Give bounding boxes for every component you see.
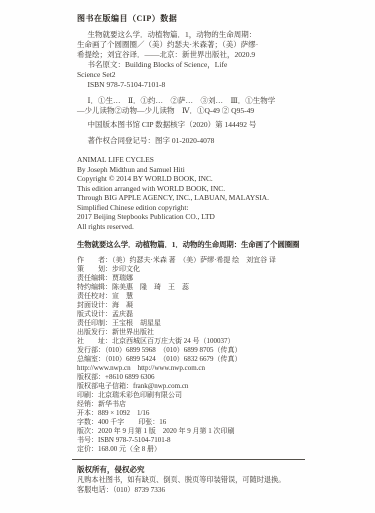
english-copyright-line: By Joseph Midthun and Samuel Hiti	[77, 165, 305, 175]
cip-record: 生物就要这么学．动植物篇．1，动物的生命周期：生命画了个圆圈圈／（美）约瑟夫·米…	[77, 30, 305, 60]
credit-row: 书号：ISBN 978-7-5104-7101-8	[77, 436, 305, 445]
cip-header: 图书在版编目（CIP）数据	[77, 14, 305, 24]
english-copyright-block: ANIMAL LIFE CYCLESBy Joseph Midthun and …	[77, 155, 305, 231]
credit-row: 特约编辑：陈美惠 隆 琦 王 蕊	[77, 283, 305, 292]
credit-row: 作 者：（美）约瑟夫·米森 著 （美）萨缪·希提 绘 刘宜谷 译	[77, 256, 305, 265]
classification-line: —少儿读物②动物—少儿读物 Ⅳ．①Q-49 ② Q95-49	[77, 106, 305, 116]
credit-row: 发行部：（010）6899 5968 （010）6899 8705（传真）	[77, 346, 305, 355]
english-copyright-line: All rights reserved.	[77, 222, 305, 232]
isbn-line: ISBN 978-7-5104-7101-8	[77, 80, 305, 90]
piracy-notice-title: 版权所有，侵权必究	[77, 465, 305, 475]
copyright-license-number: 著作权合同登记号：图字 01-2020-4078	[77, 136, 305, 146]
credit-row: 社 址：北京西城区百万庄大街 24 号（100037）	[77, 337, 305, 346]
return-policy-line: 凡购本社图书，如有缺页、倒页、脱页等印装错误，可随时退换。	[77, 475, 305, 485]
credit-row: 定价：168.00 元（全 8 册）	[77, 445, 305, 454]
credit-row: 版式设计：孟庆磊	[77, 310, 305, 319]
credit-row: 版次：2020 年 9 月第 1 版 2020 年 9 月第 1 次印刷	[77, 427, 305, 436]
scanned-copyright-page: 图书在版编目（CIP）数据 生物就要这么学．动植物篇．1，动物的生命周期：生命画…	[0, 0, 375, 513]
cip-record-line: 希提绘；刘宜谷译．——北京：新世界出版社，2020.9	[77, 50, 305, 60]
credit-row: 出版发行：新世界出版社	[77, 328, 305, 337]
credit-row: 开本：889 × 1092 1/16	[77, 409, 305, 418]
english-copyright-line: Through BIG APPLE AGENCY, INC., LABUAN, …	[77, 193, 305, 203]
credit-row: 责任校对：宣 慧	[77, 292, 305, 301]
english-copyright-line: Copyright © 2014 BY WORLD BOOK, INC.	[77, 174, 305, 184]
original-title-line: Science Set2	[77, 70, 305, 80]
credit-row: 策 划：步印文化	[77, 265, 305, 274]
english-copyright-line: 2017 Beijing Stepbooks Publication CO., …	[77, 212, 305, 222]
english-copyright-line: This edition arranged with WORLD BOOK, I…	[77, 184, 305, 194]
credits-list: 作 者：（美）约瑟夫·米森 著 （美）萨缪·希提 绘 刘宜谷 译策 划：步印文化…	[77, 256, 305, 454]
classification-line: Ⅰ．①生… Ⅱ．①约… ②萨… ③刘… Ⅲ．①生物学	[77, 96, 305, 106]
book-title: 生物就要这么学．动植物篇．1．动物的生命周期：生命画了个圆圈圈	[77, 239, 305, 250]
credit-row: 封面设计：海 凝	[77, 301, 305, 310]
original-title-line: 书名原文：Building Blocks of Science，Life	[77, 60, 305, 70]
credit-row: 责任印制：王宝根 胡星星	[77, 319, 305, 328]
cip-registry-number: 中国版本图书馆 CIP 数据核字（2020）第 144492 号	[77, 120, 305, 130]
english-copyright-line: Simplified Chinese edition copyright:	[77, 203, 305, 213]
credit-row: 版权部电子信箱：frank@nwp.com.cn	[77, 382, 305, 391]
credit-row: http://www.nwp.cn http://www.nwp.com.cn	[77, 364, 305, 373]
credit-row: 总编室：（010）6899 5424 （010）6832 6679（传真）	[77, 355, 305, 364]
credit-row: 责任编辑：贾瑞娜	[77, 274, 305, 283]
divider-rule	[72, 459, 305, 460]
cip-classification: Ⅰ．①生… Ⅱ．①约… ②萨… ③刘… Ⅲ．①生物学—少儿读物②动物—少儿读物 …	[77, 96, 305, 116]
credit-row: 经销：新华书店	[77, 400, 305, 409]
credit-row: 字数：400 千字 印张：16	[77, 418, 305, 427]
service-phone-line: 客服电话：（010）8739 7336	[77, 485, 305, 495]
original-title-block: 书名原文：Building Blocks of Science，LifeScie…	[77, 60, 305, 80]
cip-record-line: 生命画了个圆圈圈／（美）约瑟夫·米森著；（美）萨缪·	[77, 40, 305, 50]
english-copyright-line: ANIMAL LIFE CYCLES	[77, 155, 305, 165]
cip-record-line: 生物就要这么学．动植物篇．1，动物的生命周期：	[77, 30, 305, 40]
credit-row: 版权部：+8610 6899 6306	[77, 373, 305, 382]
credit-row: 印刷：北京瑞禾彩色印刷有限公司	[77, 391, 305, 400]
